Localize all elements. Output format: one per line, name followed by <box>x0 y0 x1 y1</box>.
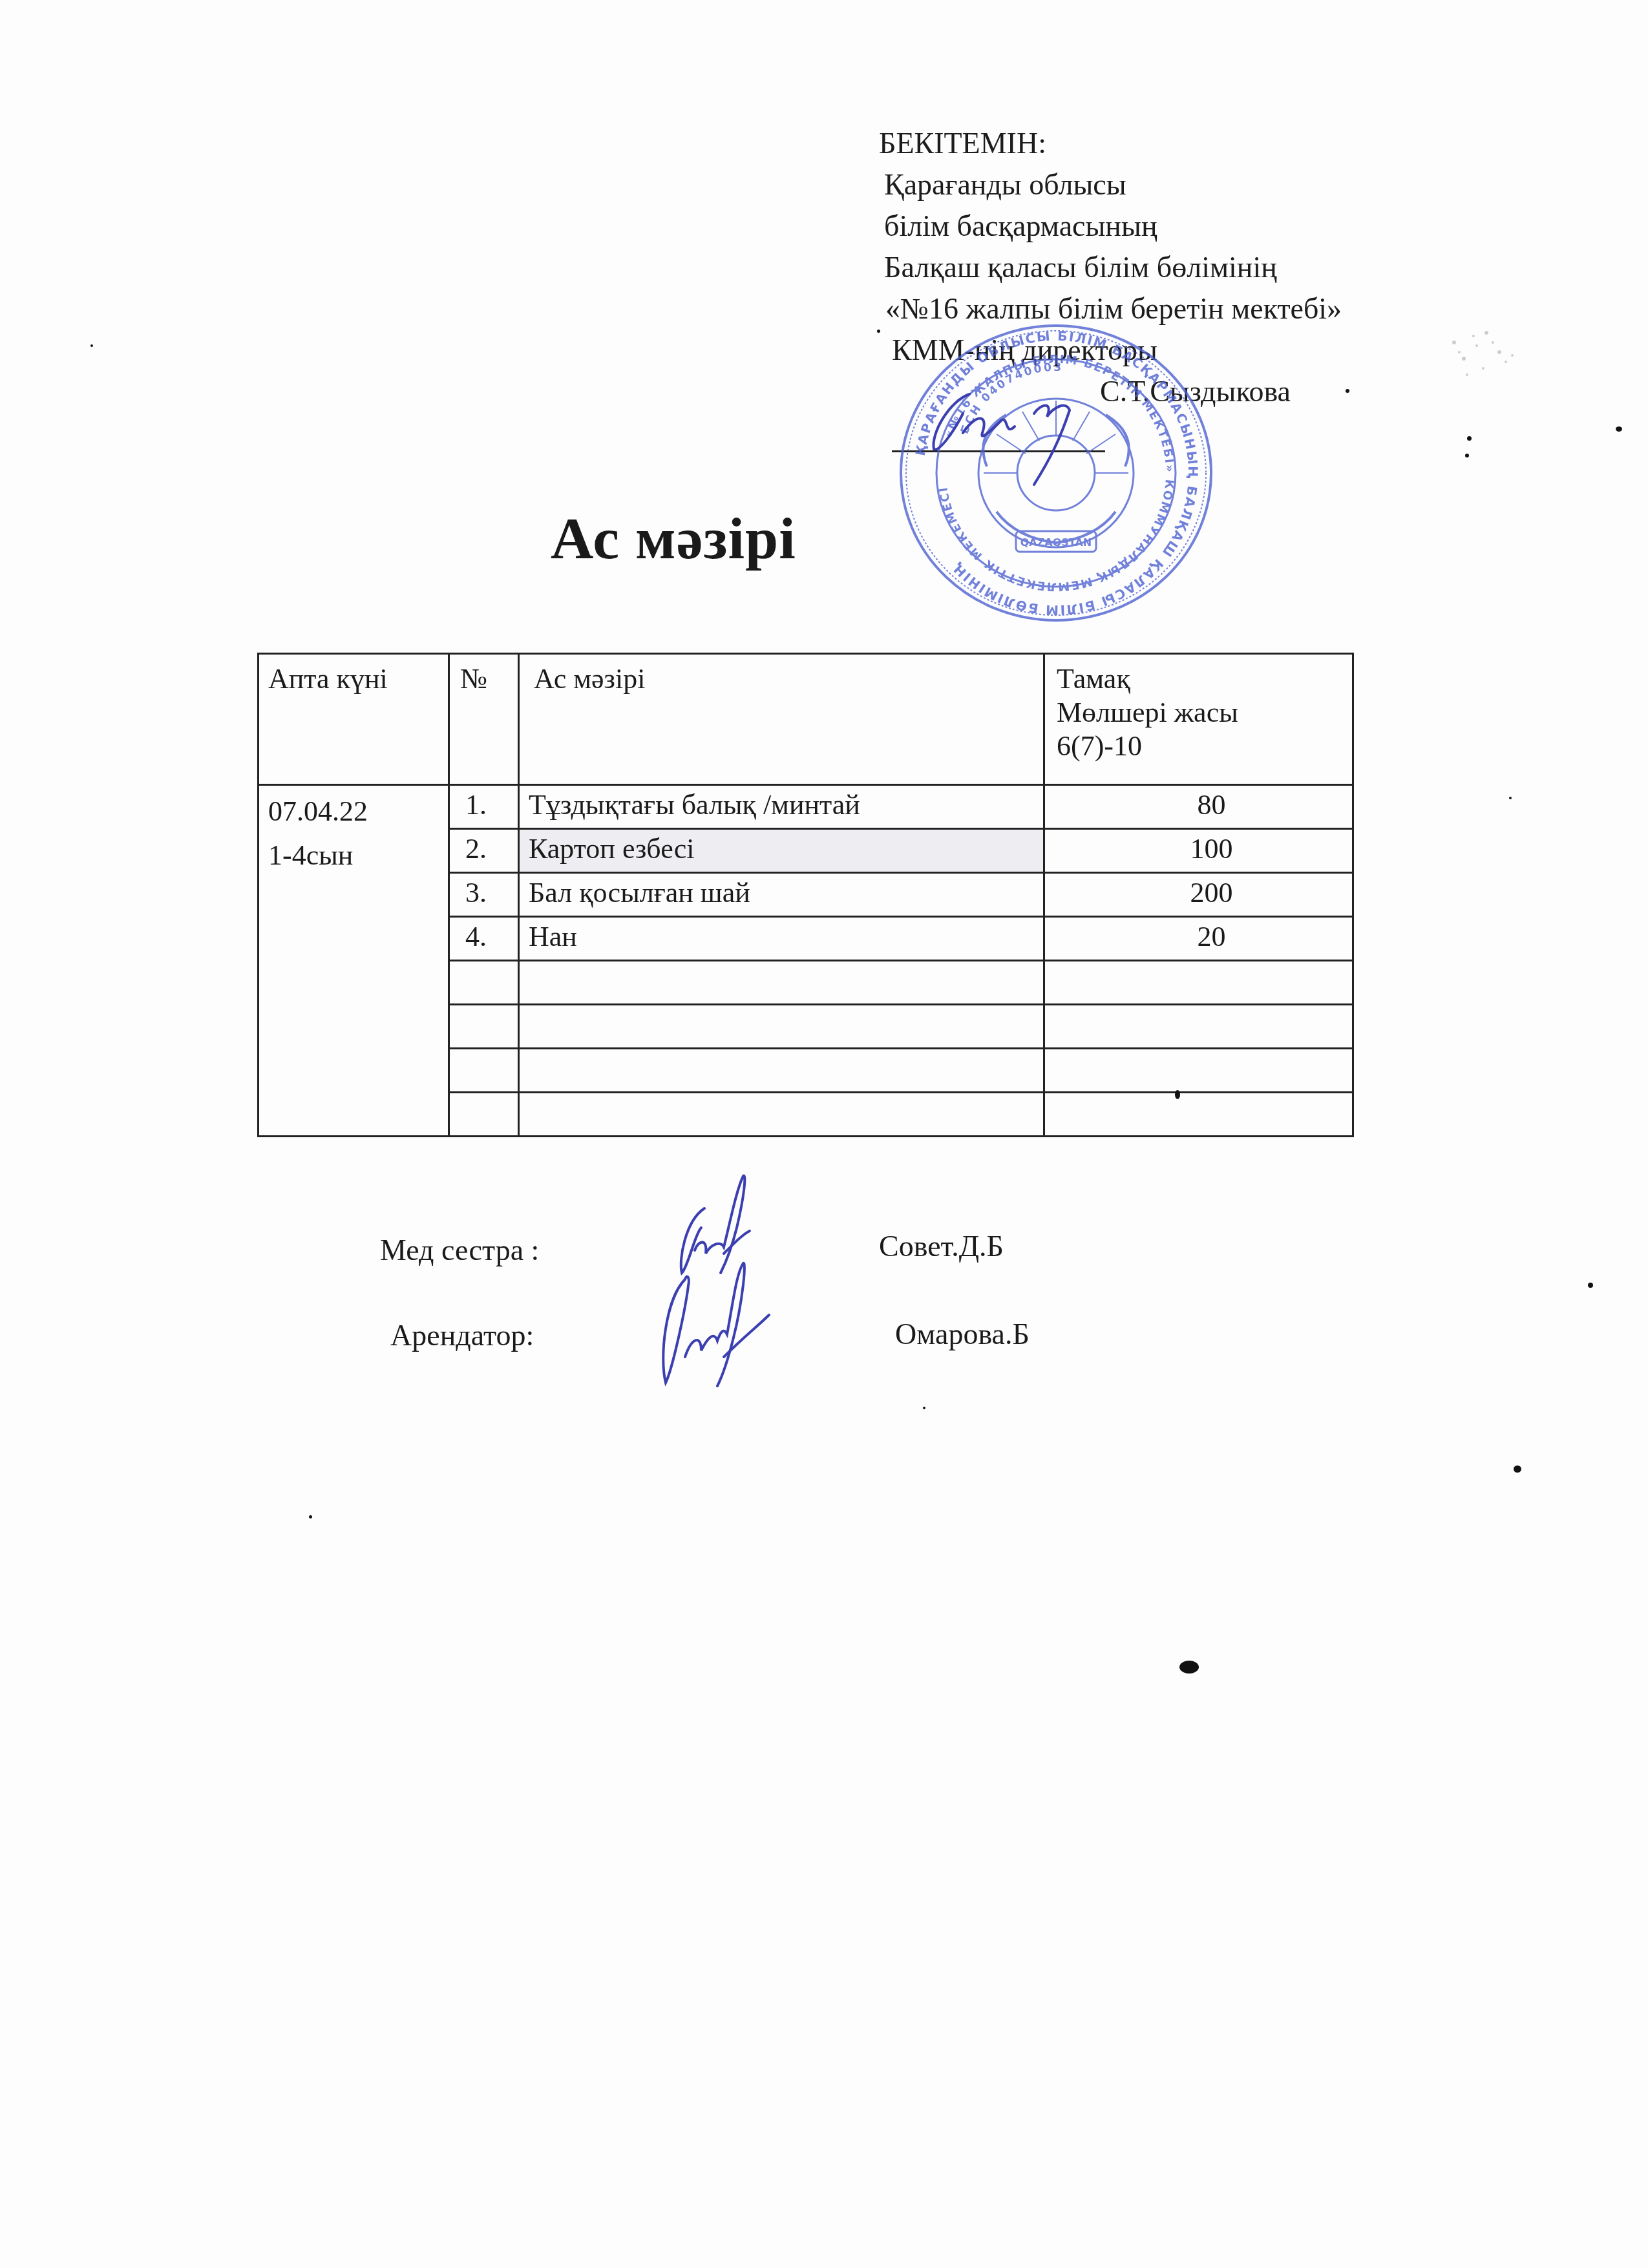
row-quantity: 100 <box>1044 829 1353 873</box>
row-dish: Картоп езбесі <box>519 829 1044 873</box>
row-dish: Бал қосылған шай <box>519 873 1044 917</box>
header-dish: Ас мәзірі <box>519 654 1044 785</box>
row-number <box>449 1093 519 1137</box>
row-dish: Тұздықтағы балық /минтай <box>519 785 1044 829</box>
scan-speck <box>1179 1661 1199 1674</box>
row-number: 1. <box>449 785 519 829</box>
scan-speck <box>1509 797 1512 799</box>
renter-label: Арендатор: <box>390 1318 534 1352</box>
scan-speck <box>1346 389 1349 393</box>
approval-line: білім басқармасының <box>884 205 1342 247</box>
row-dish <box>519 1093 1044 1137</box>
document-page: БЕКІТЕМІН: Қарағанды облысы білім басқар… <box>0 0 1648 2268</box>
scan-speck <box>1467 436 1472 441</box>
scan-smudge-icon <box>1448 317 1525 388</box>
stamp-emblem-label: QAZAQSTAN <box>1020 536 1092 549</box>
scan-speck <box>1616 426 1622 432</box>
approval-line: Балқаш қаласы білім бөлімінің <box>884 247 1342 288</box>
header-number: № <box>449 654 519 785</box>
row-dish <box>519 961 1044 1005</box>
approval-line: Қарағанды облысы <box>884 164 1342 205</box>
row-number <box>449 961 519 1005</box>
menu-date: 07.04.22 <box>268 790 448 834</box>
row-quantity: 200 <box>1044 873 1353 917</box>
header-quantity-line: Мөлшері жасы <box>1057 696 1352 730</box>
day-cell: 07.04.22 1-4сын <box>259 785 449 1137</box>
row-dish: Нан <box>519 917 1044 961</box>
menu-table: Апта күні № Ас мәзірі Тамақ Мөлшері жасы… <box>257 653 1354 1137</box>
row-number <box>449 1005 519 1049</box>
row-number: 2. <box>449 829 519 873</box>
renter-name: Омарова.Б <box>895 1317 1030 1351</box>
row-number <box>449 1049 519 1093</box>
row-number: 4. <box>449 917 519 961</box>
scan-speck <box>923 1407 925 1409</box>
menu-grade: 1-4сын <box>268 834 448 877</box>
scan-speck <box>1465 454 1469 457</box>
row-quantity: 20 <box>1044 917 1353 961</box>
row-quantity <box>1044 1093 1353 1137</box>
row-dish <box>519 1005 1044 1049</box>
header-quantity: Тамақ Мөлшері жасы 6(7)-10 <box>1044 654 1353 785</box>
scan-speck <box>1588 1283 1593 1288</box>
director-signature-icon <box>918 388 1112 491</box>
row-quantity <box>1044 1049 1353 1093</box>
table-header-row: Апта күні № Ас мәзірі Тамақ Мөлшері жасы… <box>259 654 1353 785</box>
scan-speck <box>1514 1465 1521 1473</box>
row-number: 3. <box>449 873 519 917</box>
row-quantity <box>1044 1005 1353 1049</box>
nurse-label: Мед сестра : <box>380 1233 539 1267</box>
row-quantity: 80 <box>1044 785 1353 829</box>
row-dish <box>519 1049 1044 1093</box>
header-quantity-line: 6(7)-10 <box>1057 730 1352 763</box>
scan-speck <box>1175 1090 1180 1099</box>
scan-speck <box>877 330 880 333</box>
header-day: Апта күні <box>259 654 449 785</box>
table-row: 07.04.22 1-4сын 1. Тұздықтағы балық /мин… <box>259 785 1353 829</box>
approval-heading: БЕКІТЕМІН: <box>879 123 1342 164</box>
page-title: Ас мәзірі <box>551 504 796 572</box>
nurse-name: Совет.Д.Б <box>879 1229 1004 1263</box>
header-quantity-line: Тамақ <box>1057 662 1352 696</box>
scan-speck <box>90 344 93 347</box>
scan-speck <box>309 1515 312 1518</box>
row-quantity <box>1044 961 1353 1005</box>
renter-signature-icon <box>640 1260 788 1389</box>
